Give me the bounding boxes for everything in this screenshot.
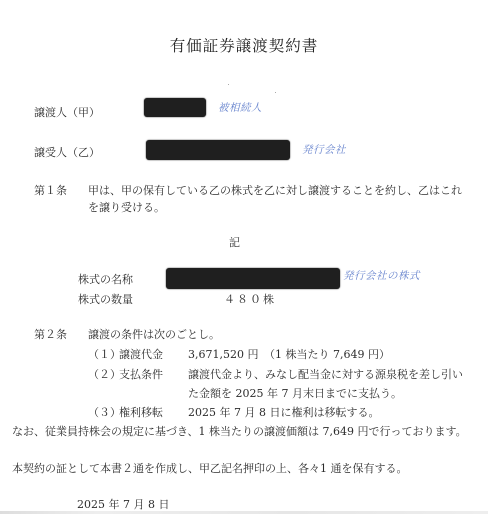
condition1-index: （１） [88,346,121,362]
transferor-handwritten-note: 被相続人 [218,100,262,115]
article2-number: 第２条 [34,326,67,342]
condition2-label: 支払条件 [119,366,163,382]
transferee-label: 譲受人（乙） [34,144,100,160]
condition1-label: 譲渡代金 [119,346,163,362]
article1-line2: を譲り受ける。 [88,199,165,215]
condition3-index: （３） [88,404,121,420]
article1-number: 第１条 [34,182,67,198]
transferor-name-redaction [144,98,206,117]
condition2-index: （２） [88,366,121,382]
closing-text: 本契約の証として本書２通を作成し、甲乙記名押印の上、各々1 通を保有する。 [12,460,408,476]
share-name-label: 株式の名称 [78,271,133,287]
transferee-handwritten-note: 発行会社 [302,142,346,157]
share-quantity-label: 株式の数量 [78,291,133,307]
ki-marker: 記 [229,234,240,250]
transferor-label: 譲渡人（甲） [34,104,100,120]
share-quantity-value: ４８０株 [224,291,276,307]
share-name-handwritten-note: 発行会社の株式 [343,268,420,283]
share-name-redaction [166,268,340,289]
article2-intro: 譲渡の条件は次のごとし。 [88,326,220,342]
note-text: なお、従業員持株会の規定に基づき、1 株当たりの譲渡価額は 7,649 円で行っ… [12,423,467,439]
transferee-name-redaction [146,140,290,160]
article1-line1: 甲は、甲の保有している乙の株式を乙に対し譲渡することを約し、乙はこれ [88,182,462,198]
condition3-label: 権利移転 [119,404,163,420]
document-title: 有価証券譲渡契約書 [0,34,488,56]
condition1-text: 3,671,520 円 （1 株当たり 7,649 円） [188,346,390,362]
condition3-text: 2025 年 7 月 8 日に権利は移転する。 [188,404,379,420]
condition2-text-line2: た金額を 2025 年 7 月末日までに支払う。 [188,385,402,401]
contract-date: 2025 年 7 月 8 日 [77,496,169,512]
condition2-text-line1: 譲渡代金より、みなし配当金に対する源泉税を差し引い [188,366,463,382]
